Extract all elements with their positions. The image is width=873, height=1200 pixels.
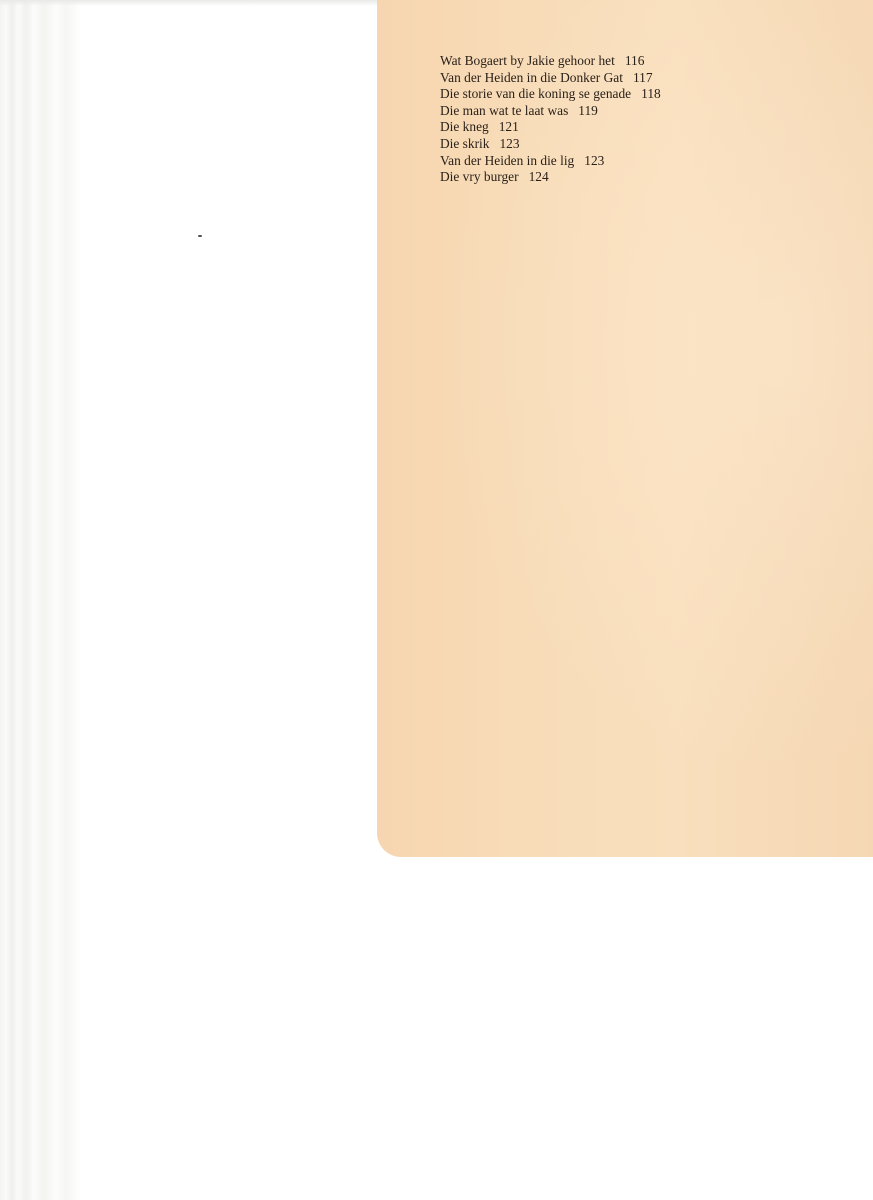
toc-entry-title: Die man wat te laat was — [440, 103, 568, 118]
toc-entry: Die vry burger124 — [440, 169, 661, 186]
toc-entry-page: 123 — [584, 153, 604, 168]
toc-entry-page: 117 — [633, 70, 653, 85]
toc-entry-title: Die vry burger — [440, 169, 519, 184]
toc-entry: Van der Heiden in die lig123 — [440, 153, 661, 170]
toc-entry-page: 121 — [499, 119, 519, 134]
toc-entry-title: Die storie van die koning se genade — [440, 86, 631, 101]
toc-entry: Die storie van die koning se genade118 — [440, 86, 661, 103]
toc-entry-page: 124 — [529, 169, 549, 184]
toc-entry-page: 123 — [499, 136, 519, 151]
toc-entry: Die skrik123 — [440, 136, 661, 153]
toc-entry: Van der Heiden in die Donker Gat117 — [440, 70, 661, 87]
scanner-edge-streaks — [0, 0, 80, 1200]
toc-entry-title: Die kneg — [440, 119, 489, 134]
toc-entry-title: Die skrik — [440, 136, 489, 151]
dust-speck — [198, 235, 202, 237]
toc-entry: Wat Bogaert by Jakie gehoor het116 — [440, 53, 661, 70]
toc-entry-title: Van der Heiden in die lig — [440, 153, 574, 168]
table-of-contents: Wat Bogaert by Jakie gehoor het116 Van d… — [440, 53, 661, 186]
toc-entry-title: Van der Heiden in die Donker Gat — [440, 70, 623, 85]
toc-entry-page: 118 — [641, 86, 661, 101]
toc-entry-page: 116 — [625, 53, 645, 68]
toc-entry: Die man wat te laat was119 — [440, 103, 661, 120]
toc-entry-title: Wat Bogaert by Jakie gehoor het — [440, 53, 615, 68]
toc-entry-page: 119 — [578, 103, 598, 118]
toc-entry: Die kneg121 — [440, 119, 661, 136]
